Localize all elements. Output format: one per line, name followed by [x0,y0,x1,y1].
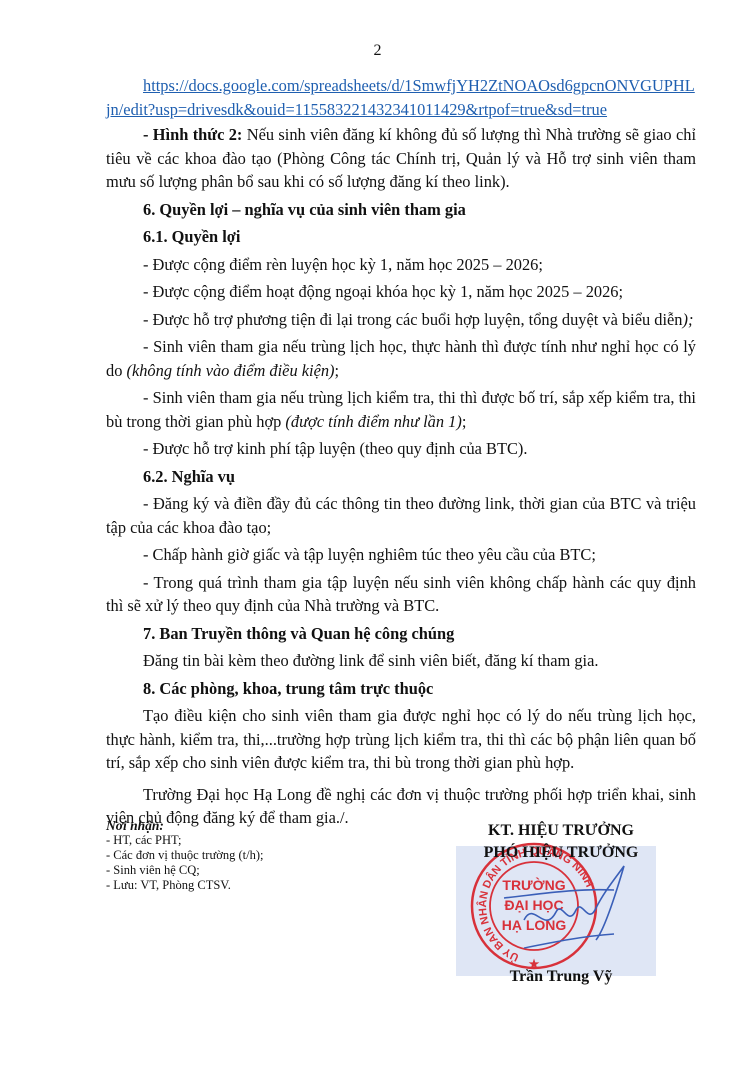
recipient-item: - Các đơn vị thuộc trường (t/h); [106,848,263,863]
page-number: 2 [0,42,755,60]
duty-item: - Chấp hành giờ giấc và tập luyện nghiêm… [106,543,696,567]
section6-heading: 6. Quyền lợi – nghĩa vụ của sinh viên th… [106,198,696,222]
section6-2-heading: 6.2. Nghĩa vụ [106,465,696,489]
document-body: https://docs.google.com/spreadsheets/d/1… [106,74,696,830]
svg-text:HẠ LONG: HẠ LONG [502,917,567,933]
benefit-item: - Được cộng điểm hoạt động ngoại khóa họ… [106,280,696,304]
svg-text:ĐẠI HỌC: ĐẠI HỌC [504,897,563,913]
duty-item: - Đăng ký và điền đầy đủ các thông tin t… [106,492,696,539]
benefit-item: - Sinh viên tham gia nếu trùng lịch học,… [106,335,696,382]
benefit-item: - Được hỗ trợ phương tiện đi lại trong c… [106,308,696,332]
signer-name: Trần Trung Vỹ [456,968,666,986]
spreadsheet-link[interactable]: https://docs.google.com/spreadsheets/d/1… [106,76,695,119]
form2-label: - Hình thức 2: [143,125,242,144]
section8-heading: 8. Các phòng, khoa, trung tâm trực thuộc [106,677,696,701]
signature-title-line1: KT. HIỆU TRƯỞNG [456,822,666,840]
section8-text: Tạo điều kiện cho sinh viên tham gia đượ… [106,704,696,775]
benefit-item: - Được hỗ trợ kinh phí tập luyện (theo q… [106,437,696,461]
section6-1-heading: 6.1. Quyền lợi [106,225,696,249]
duty-item: - Trong quá trình tham gia tập luyện nếu… [106,571,696,618]
benefit-item: - Được cộng điểm rèn luyện học kỳ 1, năm… [106,253,696,277]
recipient-item: - Sinh viên hệ CQ; [106,863,263,878]
section7-heading: 7. Ban Truyền thông và Quan hệ công chún… [106,622,696,646]
recipients-block: Nơi nhận: - HT, các PHT; - Các đơn vị th… [106,818,263,893]
section7-text: Đăng tin bài kèm theo đường link để sinh… [106,649,696,673]
form2-paragraph: - Hình thức 2: Nếu sinh viên đăng kí khô… [106,123,696,194]
signature-title-line2: PHÓ HIỆU TRƯỞNG [456,844,666,862]
recipient-item: - HT, các PHT; [106,833,263,848]
svg-text:TRƯỜNG: TRƯỜNG [502,876,565,893]
recipients-title: Nơi nhận: [106,818,263,833]
registration-link[interactable]: https://docs.google.com/spreadsheets/d/1… [106,74,696,121]
benefit-item: - Sinh viên tham gia nếu trùng lịch kiểm… [106,386,696,433]
recipient-item: - Lưu: VT, Phòng CTSV. [106,878,263,893]
